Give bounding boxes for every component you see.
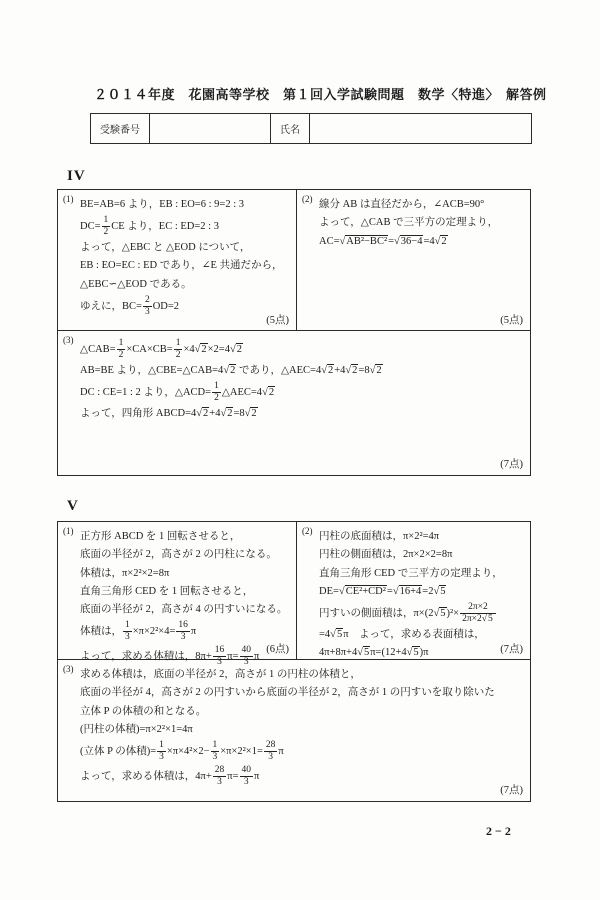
section-v-label: V (67, 498, 79, 515)
fraction: 12 (117, 338, 126, 361)
solution-text: 求める体積は，底面の半径が 2，高さが 1 の円柱の体積と，底面の半径が 4，高… (80, 666, 522, 789)
page-number: 2−2 (486, 824, 514, 839)
section-v-box: (1) 正方形 ABCD を 1 回転させると，底面の半径が 2，高さが 2 の… (57, 521, 531, 802)
square-root: √5 (330, 628, 343, 640)
square-root: √2 (370, 364, 383, 376)
problem-v-1: (1) 正方形 ABCD を 1 回転させると，底面の半径が 2，高さが 2 の… (58, 522, 297, 659)
square-root: √2 (435, 235, 448, 247)
square-root: √AB²−BC² (340, 235, 389, 247)
solution-line: よって，△CAB で三平方の定理より， (319, 214, 522, 232)
square-root: √2 (345, 364, 358, 376)
solution-text: 円柱の底面積は，π×2²=4π円柱の側面積は，2π×2×2=8π直角三角形 CE… (319, 528, 522, 662)
points-badge: (6点) (266, 641, 289, 656)
fraction: 2π×22π×2√5 (460, 602, 496, 625)
fraction: 12 (212, 381, 221, 404)
points-badge: (7点) (500, 782, 523, 797)
square-root: √2 (223, 364, 236, 376)
solution-line: 円柱の側面積は，2π×2×2=8π (319, 546, 522, 564)
points-badge: (7点) (500, 456, 523, 471)
solution-line: DC : CE=1 : 2 より，△ACD=12△AEC=4√2 (80, 380, 522, 405)
fraction: 403 (240, 765, 254, 788)
solution-text: △CAB=12×CA×CB=12×4√2×2=4√2AB=BE より，△CBE=… (80, 337, 522, 423)
square-root: √5 (357, 646, 370, 658)
square-root: √2 (245, 407, 258, 419)
solution-line: (円柱の体積)=π×2²×1=4π (80, 721, 522, 739)
section-iv-box: (1) BE=AB=6 より，EB : EO=6 : 9=2 : 3DC=12C… (57, 189, 531, 476)
square-root: √2 (196, 407, 209, 419)
section-iv-label: IV (67, 168, 86, 185)
solution-line: △CAB=12×CA×CB=12×4√2×2=4√2 (80, 337, 522, 362)
solution-line: よって，求める体積は，4π+283π=403π (80, 764, 522, 789)
problem-v-3: (3) 求める体積は，底面の半径が 2，高さが 1 の円柱の体積と，底面の半径が… (58, 660, 530, 800)
solution-line: 円柱の底面積は，π×2²=4π (319, 528, 522, 546)
solution-text: BE=AB=6 より，EB : EO=6 : 9=2 : 3DC=12CE より… (80, 196, 288, 319)
problem-number: (2) (302, 194, 313, 204)
square-root: √2 (220, 407, 233, 419)
problem-number: (1) (63, 526, 74, 536)
points-badge: (5点) (266, 312, 289, 327)
fraction: 283 (264, 740, 278, 763)
solution-line: よって，△EBC と △EOD について， (80, 239, 288, 257)
points-badge: (5点) (500, 312, 523, 327)
solution-line: よって，四角形 ABCD=4√2+4√2=8√2 (80, 405, 522, 423)
solution-line: ゆえに，BC=23OD=2 (80, 294, 288, 319)
solution-line: △EBC∽△EOD である。 (80, 276, 288, 294)
problem-number: (3) (63, 335, 74, 345)
fraction: 13 (157, 740, 166, 763)
name-field (310, 114, 532, 144)
solution-text: 正方形 ABCD を 1 回転させると，底面の半径が 2，高さが 2 の円柱にな… (80, 528, 288, 669)
solution-line: (立体 P の体積)=13×π×4²×2−13×π×2²×1=283π (80, 739, 522, 764)
solution-line: 底面の半径が 2，高さが 2 の円柱になる。 (80, 546, 288, 564)
square-root: √5 (407, 646, 420, 658)
fraction: 13 (123, 620, 132, 643)
examinee-info-table: 受験番号 氏名 (90, 113, 532, 144)
solution-text: 線分 AB は直径だから，∠ACB=90°よって，△CAB で三平方の定理より，… (319, 196, 522, 251)
solution-line: 底面の半径が 2，高さが 4 の円すいになる。 (80, 601, 288, 619)
solution-line: 円すいの側面積は，π×(2√5)²×2π×22π×2√5 (319, 601, 522, 626)
solution-line: 求める体積は，底面の半径が 2，高さが 1 の円柱の体積と， (80, 666, 522, 684)
square-root: √2 (230, 343, 243, 355)
problem-iv-2: (2) 線分 AB は直径だから，∠ACB=90°よって，△CAB で三平方の定… (297, 190, 530, 330)
solution-line: 底面の半径が 4，高さが 2 の円すいから底面の半径が 2，高さが 1 の円すい… (80, 684, 522, 702)
name-label: 氏名 (271, 114, 310, 144)
fraction: 12 (102, 215, 111, 238)
solution-line: BE=AB=6 より，EB : EO=6 : 9=2 : 3 (80, 196, 288, 214)
solution-line: DC=12CE より，EC : ED=2 : 3 (80, 214, 288, 239)
fraction: 12 (174, 338, 183, 361)
points-badge: (7点) (500, 641, 523, 656)
fraction: 23 (143, 295, 152, 318)
square-root: √2 (321, 364, 334, 376)
solution-line: 立体 P の体積の和となる。 (80, 703, 522, 721)
solution-line: 直角三角形 CED で三平方の定理より， (319, 565, 522, 583)
problem-number: (2) (302, 526, 313, 536)
problem-number: (1) (63, 194, 74, 204)
solution-line: AB=BE より，△CBE=△CAB=4√2 であり，△AEC=4√2+4√2=… (80, 362, 522, 380)
solution-line: 線分 AB は直径だから，∠ACB=90° (319, 196, 522, 214)
solution-line: EB : EO=EC : ED であり，∠E 共通だから， (80, 257, 288, 275)
problem-number: (3) (63, 664, 74, 674)
square-root: √16+4 (393, 585, 422, 597)
fraction: 13 (211, 740, 220, 763)
square-root: √2 (262, 386, 275, 398)
square-root: √5 (433, 585, 446, 597)
solution-line: DE=√CE²+CD²=√16+4=2√5 (319, 583, 522, 601)
problem-v-2: (2) 円柱の底面積は，π×2²=4π円柱の側面積は，2π×2×2=8π直角三角… (297, 522, 530, 659)
solution-line: AC=√AB²−BC²=√36−4=4√2 (319, 233, 522, 251)
problem-iv-3: (3) △CAB=12×CA×CB=12×4√2×2=4√2AB=BE より，△… (58, 331, 530, 474)
square-root: √CE²+CD² (339, 585, 387, 597)
square-root: √2 (195, 343, 208, 355)
square-root: √5 (482, 613, 494, 624)
fraction: 163 (176, 620, 190, 643)
exam-number-label: 受験番号 (91, 114, 150, 144)
solution-line: 正方形 ABCD を 1 回転させると， (80, 528, 288, 546)
solution-line: 体積は，π×2²×2=8π (80, 565, 288, 583)
problem-iv-1: (1) BE=AB=6 より，EB : EO=6 : 9=2 : 3DC=12C… (58, 190, 297, 330)
solution-line: 直角三角形 CED を 1 回転させると， (80, 583, 288, 601)
solution-line: =4√5π よって，求める表面積は， (319, 626, 522, 644)
solution-line: 体積は，13×π×2²×4=163π (80, 619, 288, 644)
page-title: ２０１４年度 花園高等学校 第１回入学試験問題 数学〈特進〉 解答例 (94, 84, 534, 103)
square-root: √36−4 (394, 235, 423, 247)
fraction: 283 (213, 765, 227, 788)
answer-sheet-page: ２０１４年度 花園高等学校 第１回入学試験問題 数学〈特進〉 解答例 受験番号 … (0, 0, 600, 900)
exam-number-field (150, 114, 271, 144)
square-root: √5 (433, 607, 446, 619)
